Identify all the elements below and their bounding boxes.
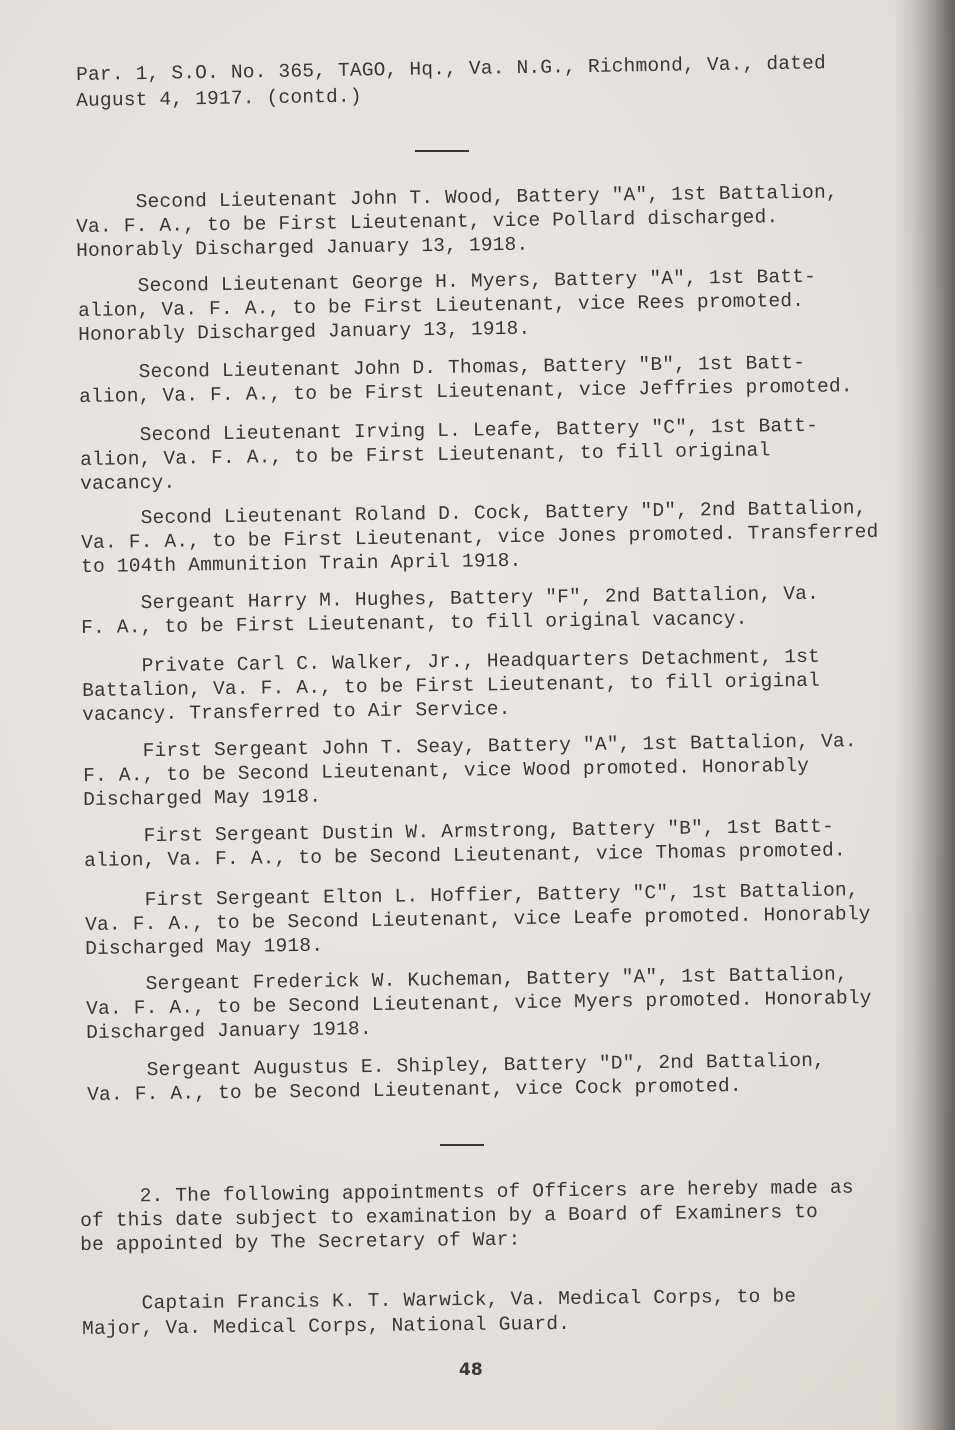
entry-10-line-3: Discharged May 1918. [85,935,323,961]
header-line-2: August 4, 1917. (contd.) [76,86,362,113]
final-entry-line-2: Major, Va. Medical Corps, National Guard… [82,1313,570,1341]
entry-4-line-3: vacancy. [80,472,176,496]
separator-rule-top [415,150,469,152]
entry-2-line-3: Honorably Discharged January 13, 1918. [78,318,531,347]
paragraph-2-line-3: be appointed by The Secretary of War: [80,1229,521,1257]
final-entry-line-1: Captain Francis K. T. Warwick, Va. Medic… [82,1286,796,1316]
header-line-1: Par. 1, S.O. No. 365, TAGO, Hq., Va. N.G… [76,52,826,87]
page-number: 48 [459,1360,483,1380]
entry-5-line-3: to 104th Ammunition Train April 1918. [81,550,522,579]
entry-11-line-3: Discharged January 1918. [86,1018,372,1045]
entry-7-line-3: vacancy. Transferred to Air Service. [82,698,511,727]
entry-1-line-3: Honorably Discharged January 13, 1918. [76,234,529,263]
entry-8-line-3: Discharged May 1918. [83,786,321,812]
scanned-page: Par. 1, S.O. No. 365, TAGO, Hq., Va. N.G… [0,0,955,1430]
separator-rule-bottom [440,1144,484,1146]
